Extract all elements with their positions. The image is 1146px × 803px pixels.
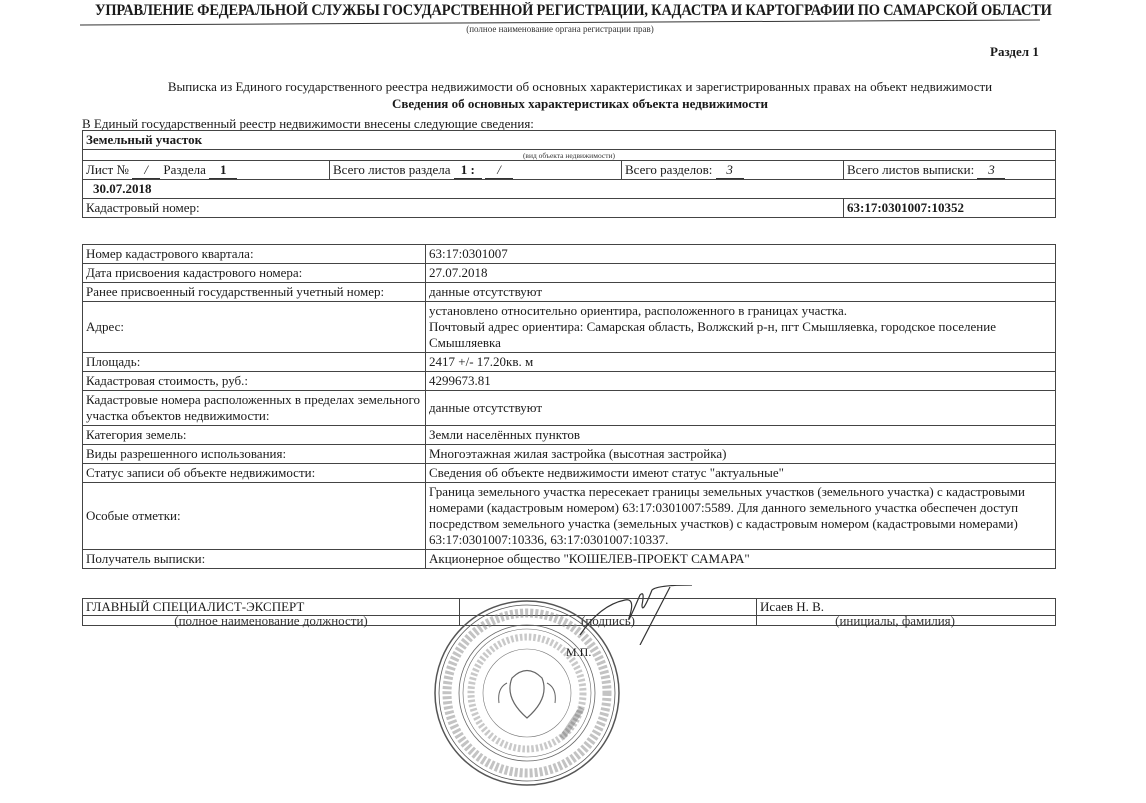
name-caption: (инициалы, фамилия) bbox=[757, 616, 1056, 626]
table-row: Кадастровые номера расположенных в преде… bbox=[83, 391, 1056, 426]
address-line-1: установлено относительно ориентира, расп… bbox=[429, 303, 1052, 319]
table-row: Площадь: 2417 +/- 17.20кв. м bbox=[83, 353, 1056, 372]
table-row: Ранее присвоенный государственный учетны… bbox=[83, 283, 1056, 302]
cadastral-number-value: 63:17:0301007:10352 bbox=[844, 199, 1056, 218]
table-row: Статус записи об объекте недвижимости: С… bbox=[83, 464, 1056, 483]
registry-authority-title: УПРАВЛЕНИЕ ФЕДЕРАЛЬНОЙ СЛУЖБЫ ГОСУДАРСТВ… bbox=[95, 2, 979, 20]
table-row: Кадастровая стоимость, руб.: 4299673.81 bbox=[83, 372, 1056, 391]
authority-caption: (полное наименование органа регистрации … bbox=[80, 24, 1040, 34]
object-type-caption: (вид объекта недвижимости) bbox=[83, 150, 1056, 161]
sheet-number-cell: Лист № / Раздела 1 bbox=[83, 161, 330, 180]
total-sections-cell: Всего разделов: 3 bbox=[622, 161, 844, 180]
table-row: Виды разрешенного использования: Многоэт… bbox=[83, 445, 1056, 464]
extract-date: 30.07.2018 bbox=[83, 180, 1056, 199]
object-type: Земельный участок bbox=[83, 131, 1056, 150]
position-caption: (полное наименование должности) bbox=[83, 616, 460, 626]
table-row: Адрес: установлено относительно ориентир… bbox=[83, 302, 1056, 353]
table-row: Дата присвоения кадастрового номера: 27.… bbox=[83, 264, 1056, 283]
sheet-number-value: / bbox=[132, 162, 160, 179]
section-label: Раздел 1 bbox=[990, 44, 1039, 60]
cadastral-number-label: Кадастровый номер: bbox=[83, 199, 844, 218]
address-line-2: Почтовый адрес ориентира: Самарская обла… bbox=[429, 319, 1052, 351]
document-title: Выписка из Единого государственного реес… bbox=[80, 79, 1080, 95]
stamp-mark-label: М.П. bbox=[566, 645, 591, 660]
section-number-value: 1 bbox=[209, 162, 237, 179]
total-sheets-cell: Всего листов выписки: 3 bbox=[844, 161, 1056, 180]
document-subtitle: Сведения об основных характеристиках объ… bbox=[80, 96, 1080, 112]
table-row: Получатель выписки: Акционерное общество… bbox=[83, 550, 1056, 569]
table-row: Категория земель: Земли населённых пункт… bbox=[83, 426, 1056, 445]
total-sheets-section-cell: Всего листов раздела 1 : / bbox=[330, 161, 622, 180]
table-row: Особые отметки: Граница земельного участ… bbox=[83, 483, 1056, 550]
object-header-table: Земельный участок (вид объекта недвижимо… bbox=[82, 130, 1056, 218]
characteristics-table: Номер кадастрового квартала: 63:17:03010… bbox=[82, 244, 1056, 569]
signature-icon bbox=[575, 585, 695, 645]
table-row: Номер кадастрового квартала: 63:17:03010… bbox=[83, 245, 1056, 264]
